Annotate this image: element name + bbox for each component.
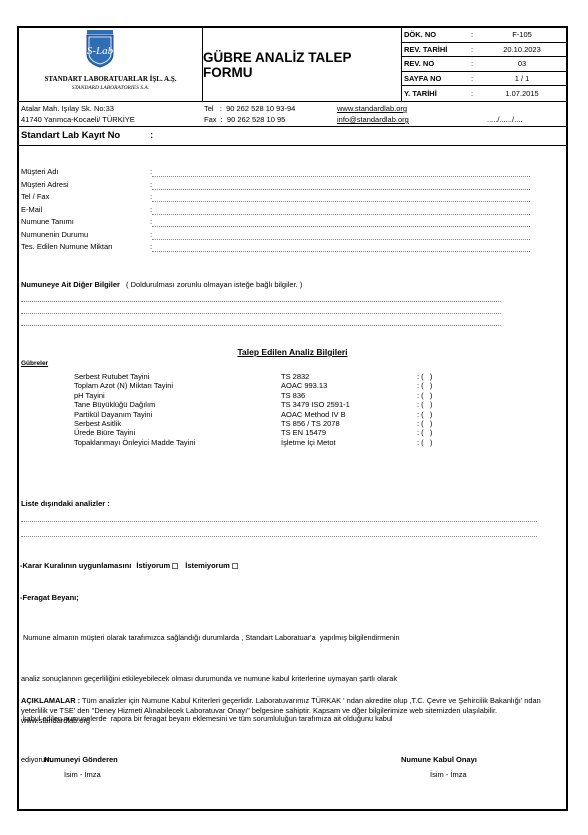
customer-field-label: Tel / Fax — [21, 192, 49, 201]
customer-field-label: E-Mail — [21, 205, 42, 214]
other-info-line-2[interactable] — [21, 312, 501, 314]
meta-row-doc-no: DÖK. NO : F-105 — [402, 28, 566, 43]
other-info-title: Numuneye Ait Diğer Bilgiler — [21, 280, 120, 289]
analysis-method: AOAC Method IV B — [281, 410, 346, 419]
meta-row-rev-date: REV. TARİHİ : 20.10.2023 — [402, 43, 566, 58]
date-field[interactable]: ...../....../.... — [487, 115, 522, 124]
registration-label: Standart Lab Kayıt No — [21, 130, 120, 141]
decision-rule-row: -Karar Kuralının uygunlamasını İstiyorum… — [20, 561, 238, 570]
company-logo-block: S-Lab STANDART LABORATUARLAR İŞL. A.Ş. S… — [19, 28, 203, 102]
receiver-signature-area[interactable] — [394, 763, 514, 793]
svg-text:S-Lab: S-Lab — [87, 45, 114, 57]
decision-yes-checkbox[interactable] — [172, 563, 178, 569]
document-meta-table: DÖK. NO : F-105 REV. TARİHİ : 20.10.2023… — [402, 28, 566, 102]
customer-field-label: Müşteri Adı — [21, 167, 59, 176]
analysis-method: TS 2832 — [281, 372, 309, 381]
analysis-name: Topaklanmayı Önleyici Madde Tayini — [74, 438, 195, 447]
notes-text: Tüm analizler için Numune Kabul Kriterle… — [21, 696, 541, 725]
analysis-method: TS 836 — [281, 391, 305, 400]
customer-field-input[interactable] — [152, 169, 530, 177]
analysis-checkbox[interactable]: : ( ) — [417, 400, 432, 409]
notes-label: AÇIKLAMALAR : — [21, 696, 80, 705]
customer-field-label: Numunenin Durumu — [21, 230, 88, 239]
customer-field-input[interactable] — [152, 194, 530, 202]
company-name-en: STANDARD LABORATORIES S.A. — [19, 85, 202, 91]
contact-row: Atalar Mah. Işılay Sk. No:33 41740 Yarım… — [19, 102, 566, 127]
analysis-checkbox[interactable]: : ( ) — [417, 381, 432, 390]
customer-field-input[interactable] — [152, 219, 530, 227]
analysis-category-label: Gübreler — [21, 360, 48, 367]
analysis-checkbox[interactable]: : ( ) — [417, 419, 432, 428]
decision-no-checkbox[interactable] — [232, 563, 238, 569]
form-frame: S-Lab STANDART LABORATUARLAR İŞL. A.Ş. S… — [17, 26, 568, 811]
analysis-checkbox[interactable]: : ( ) — [417, 438, 432, 447]
address-line-2: 41740 Yarımca-Kocaeli/ TÜRKİYE — [21, 115, 135, 124]
analysis-method: TS 3479 ISO 2591-1 — [281, 400, 350, 409]
decision-rule-label: -Karar Kuralının uygunlamasını — [20, 561, 131, 570]
customer-field-input[interactable] — [152, 244, 530, 252]
analysis-name: Serbest Rutubet Tayini — [74, 372, 149, 381]
phone-number: Tel : 90 262 528 10 93-94 — [204, 104, 295, 113]
customer-field-label: Müşteri Adresi — [21, 180, 69, 189]
analysis-name: Partikül Dayanım Tayini — [74, 410, 152, 419]
fax-number: Fax : 90 262 528 10 95 — [204, 115, 285, 124]
analysis-method: TS 856 / TS 2078 — [281, 419, 340, 428]
analysis-checkbox[interactable]: : ( ) — [417, 428, 432, 437]
analysis-method: TS EN 15479 — [281, 428, 326, 437]
analysis-name: pH Tayini — [74, 391, 105, 400]
extra-analyses-label: Liste dışındaki analizler : — [21, 499, 110, 508]
other-info-line-3[interactable] — [21, 324, 501, 326]
address-line-1: Atalar Mah. Işılay Sk. No:33 — [21, 104, 114, 113]
website-link[interactable]: www.standardlab.org — [337, 104, 407, 113]
decision-yes-label: İstiyorum — [136, 561, 170, 570]
customer-field-input[interactable] — [152, 182, 530, 190]
analysis-method: İşletme İçi Metot — [281, 438, 336, 447]
extra-analyses-line-1[interactable] — [21, 520, 537, 522]
customer-field-label: Numune Tanımı — [21, 217, 74, 226]
customer-field-input[interactable] — [152, 232, 530, 240]
customer-field-input[interactable] — [152, 207, 530, 215]
extra-analyses-line-2[interactable] — [21, 535, 537, 537]
analysis-checkbox[interactable]: : ( ) — [417, 410, 432, 419]
decision-no-label: İstemiyorum — [185, 561, 230, 570]
customer-field-label: Tes. Edilen Numune Miktarı — [21, 242, 113, 251]
meta-row-pub-date: Y. TARİHİ : 1.07.2015 — [402, 86, 566, 101]
registration-colon: : — [150, 130, 153, 141]
waiver-title: -Feragat Beyanı; — [20, 593, 79, 602]
other-info-line-1[interactable] — [21, 300, 501, 302]
notes-paragraph: AÇIKLAMALAR : Tüm analizler için Numune … — [21, 696, 564, 726]
email-link[interactable]: info@standardlab.org — [337, 115, 409, 124]
registration-input[interactable] — [159, 129, 539, 141]
analysis-section-title: Talep Edilen Analiz Bilgileri — [19, 347, 566, 357]
analysis-checkbox[interactable]: : ( ) — [417, 372, 432, 381]
meta-row-rev-no: REV. NO : 03 — [402, 57, 566, 72]
form-title: GÜBRE ANALİZ TALEP FORMU — [203, 28, 402, 102]
analysis-name: Ürede Biüre Tayini — [74, 428, 135, 437]
registration-row: Standart Lab Kayıt No : — [19, 127, 566, 146]
other-info-note: ( Doldurulması zorunlu olmayan isteğe ba… — [126, 280, 302, 289]
analysis-name: Toplam Azot (N) Miktarı Tayini — [74, 381, 173, 390]
analysis-name: Tane Büyüklüğü Dağılım — [74, 400, 155, 409]
sender-signature-area[interactable] — [39, 763, 159, 793]
slab-logo-icon: S-Lab — [86, 30, 114, 68]
meta-row-page-no: SAYFA NO : 1 / 1 — [402, 72, 566, 87]
analysis-name: Serbest Asitlik — [74, 419, 121, 428]
company-name-tr: STANDART LABORATUARLAR İŞL. A.Ş. — [19, 75, 202, 83]
analysis-method: AOAC 993.13 — [281, 381, 327, 390]
analysis-checkbox[interactable]: : ( ) — [417, 391, 432, 400]
other-info-heading: Numuneye Ait Diğer Bilgiler ( Doldurulma… — [21, 280, 302, 289]
